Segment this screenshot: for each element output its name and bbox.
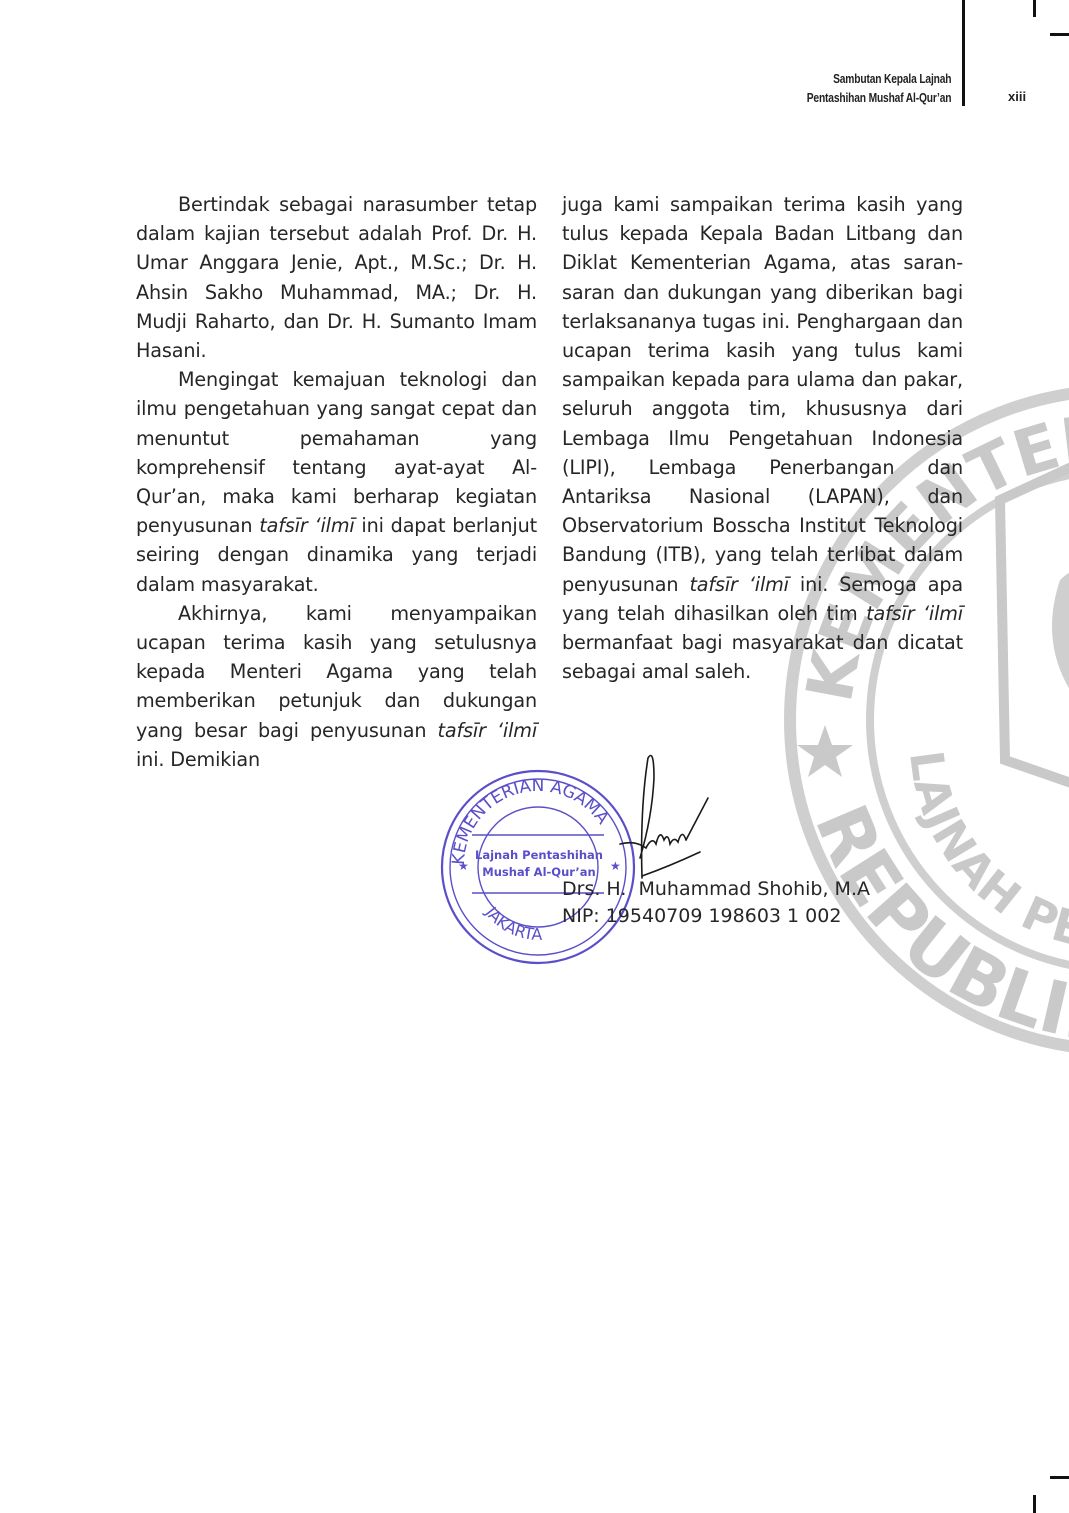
italic-term: tafsīr ‘ilmī xyxy=(866,602,963,625)
paragraph: Akhirnya, kami menyampaikan ucapan terim… xyxy=(136,599,537,774)
body-left-column: Bertindak sebagai narasumber tetap dalam… xyxy=(136,190,537,774)
svg-text:JAKARTA: JAKARTA xyxy=(481,902,542,943)
handwritten-signature xyxy=(590,748,720,888)
running-title-line1: Sambutan Kepala Lajnah xyxy=(806,70,951,89)
crop-mark-top-vertical xyxy=(1033,0,1036,17)
header-divider xyxy=(962,0,965,106)
seal-inner-line1: Lajnah Pentashihan xyxy=(475,848,603,862)
crop-mark-top-horizontal xyxy=(1050,33,1069,36)
text-run: bermanfaat bagi masyarakat dan dicatat s… xyxy=(562,631,963,683)
italic-term: tafsīr ‘ilmī xyxy=(689,573,788,596)
body-right-column: juga kami sampaikan terima kasih yang tu… xyxy=(562,190,963,686)
paragraph: Mengingat kemajuan teknologi dan ilmu pe… xyxy=(136,365,537,599)
signature-block: Drs. H. Muhammad Shohib, M.A NIP: 195407… xyxy=(562,876,870,930)
signer-nip: NIP: 19540709 198603 1 002 xyxy=(562,903,870,930)
text-run: ini. Demikian xyxy=(136,748,260,771)
text-run: Mengingat kemajuan teknologi dan ilmu pe… xyxy=(136,368,537,537)
paragraph: juga kami sampaikan terima kasih yang tu… xyxy=(562,190,963,686)
italic-term: tafsīr ‘ilmī xyxy=(437,719,537,742)
watermark-inner-text: LAJNAH PE xyxy=(899,747,1069,957)
text-run: juga kami sampaikan terima kasih yang tu… xyxy=(562,193,963,596)
crop-mark-bottom-vertical xyxy=(1033,1495,1036,1513)
italic-term: tafsīr ‘ilmī xyxy=(259,514,354,537)
page-number: xiii xyxy=(1008,89,1026,104)
seal-star-left-icon: ★ xyxy=(458,859,469,873)
text-run: Bertindak sebagai narasumber tetap dalam… xyxy=(136,193,537,362)
seal-bottom-text: JAKARTA xyxy=(481,902,542,943)
signer-name: Drs. H. Muhammad Shohib, M.A xyxy=(562,876,870,903)
running-header: Sambutan Kepala Lajnah Pentashihan Musha… xyxy=(806,70,951,108)
watermark-star-icon xyxy=(797,725,853,777)
paragraph: Bertindak sebagai narasumber tetap dalam… xyxy=(136,190,537,365)
crop-mark-bottom-horizontal xyxy=(1050,1476,1069,1479)
watermark-shield-icon xyxy=(1000,440,1069,800)
running-title-line2: Pentashihan Mushaf Al-Qur’an xyxy=(806,89,951,108)
